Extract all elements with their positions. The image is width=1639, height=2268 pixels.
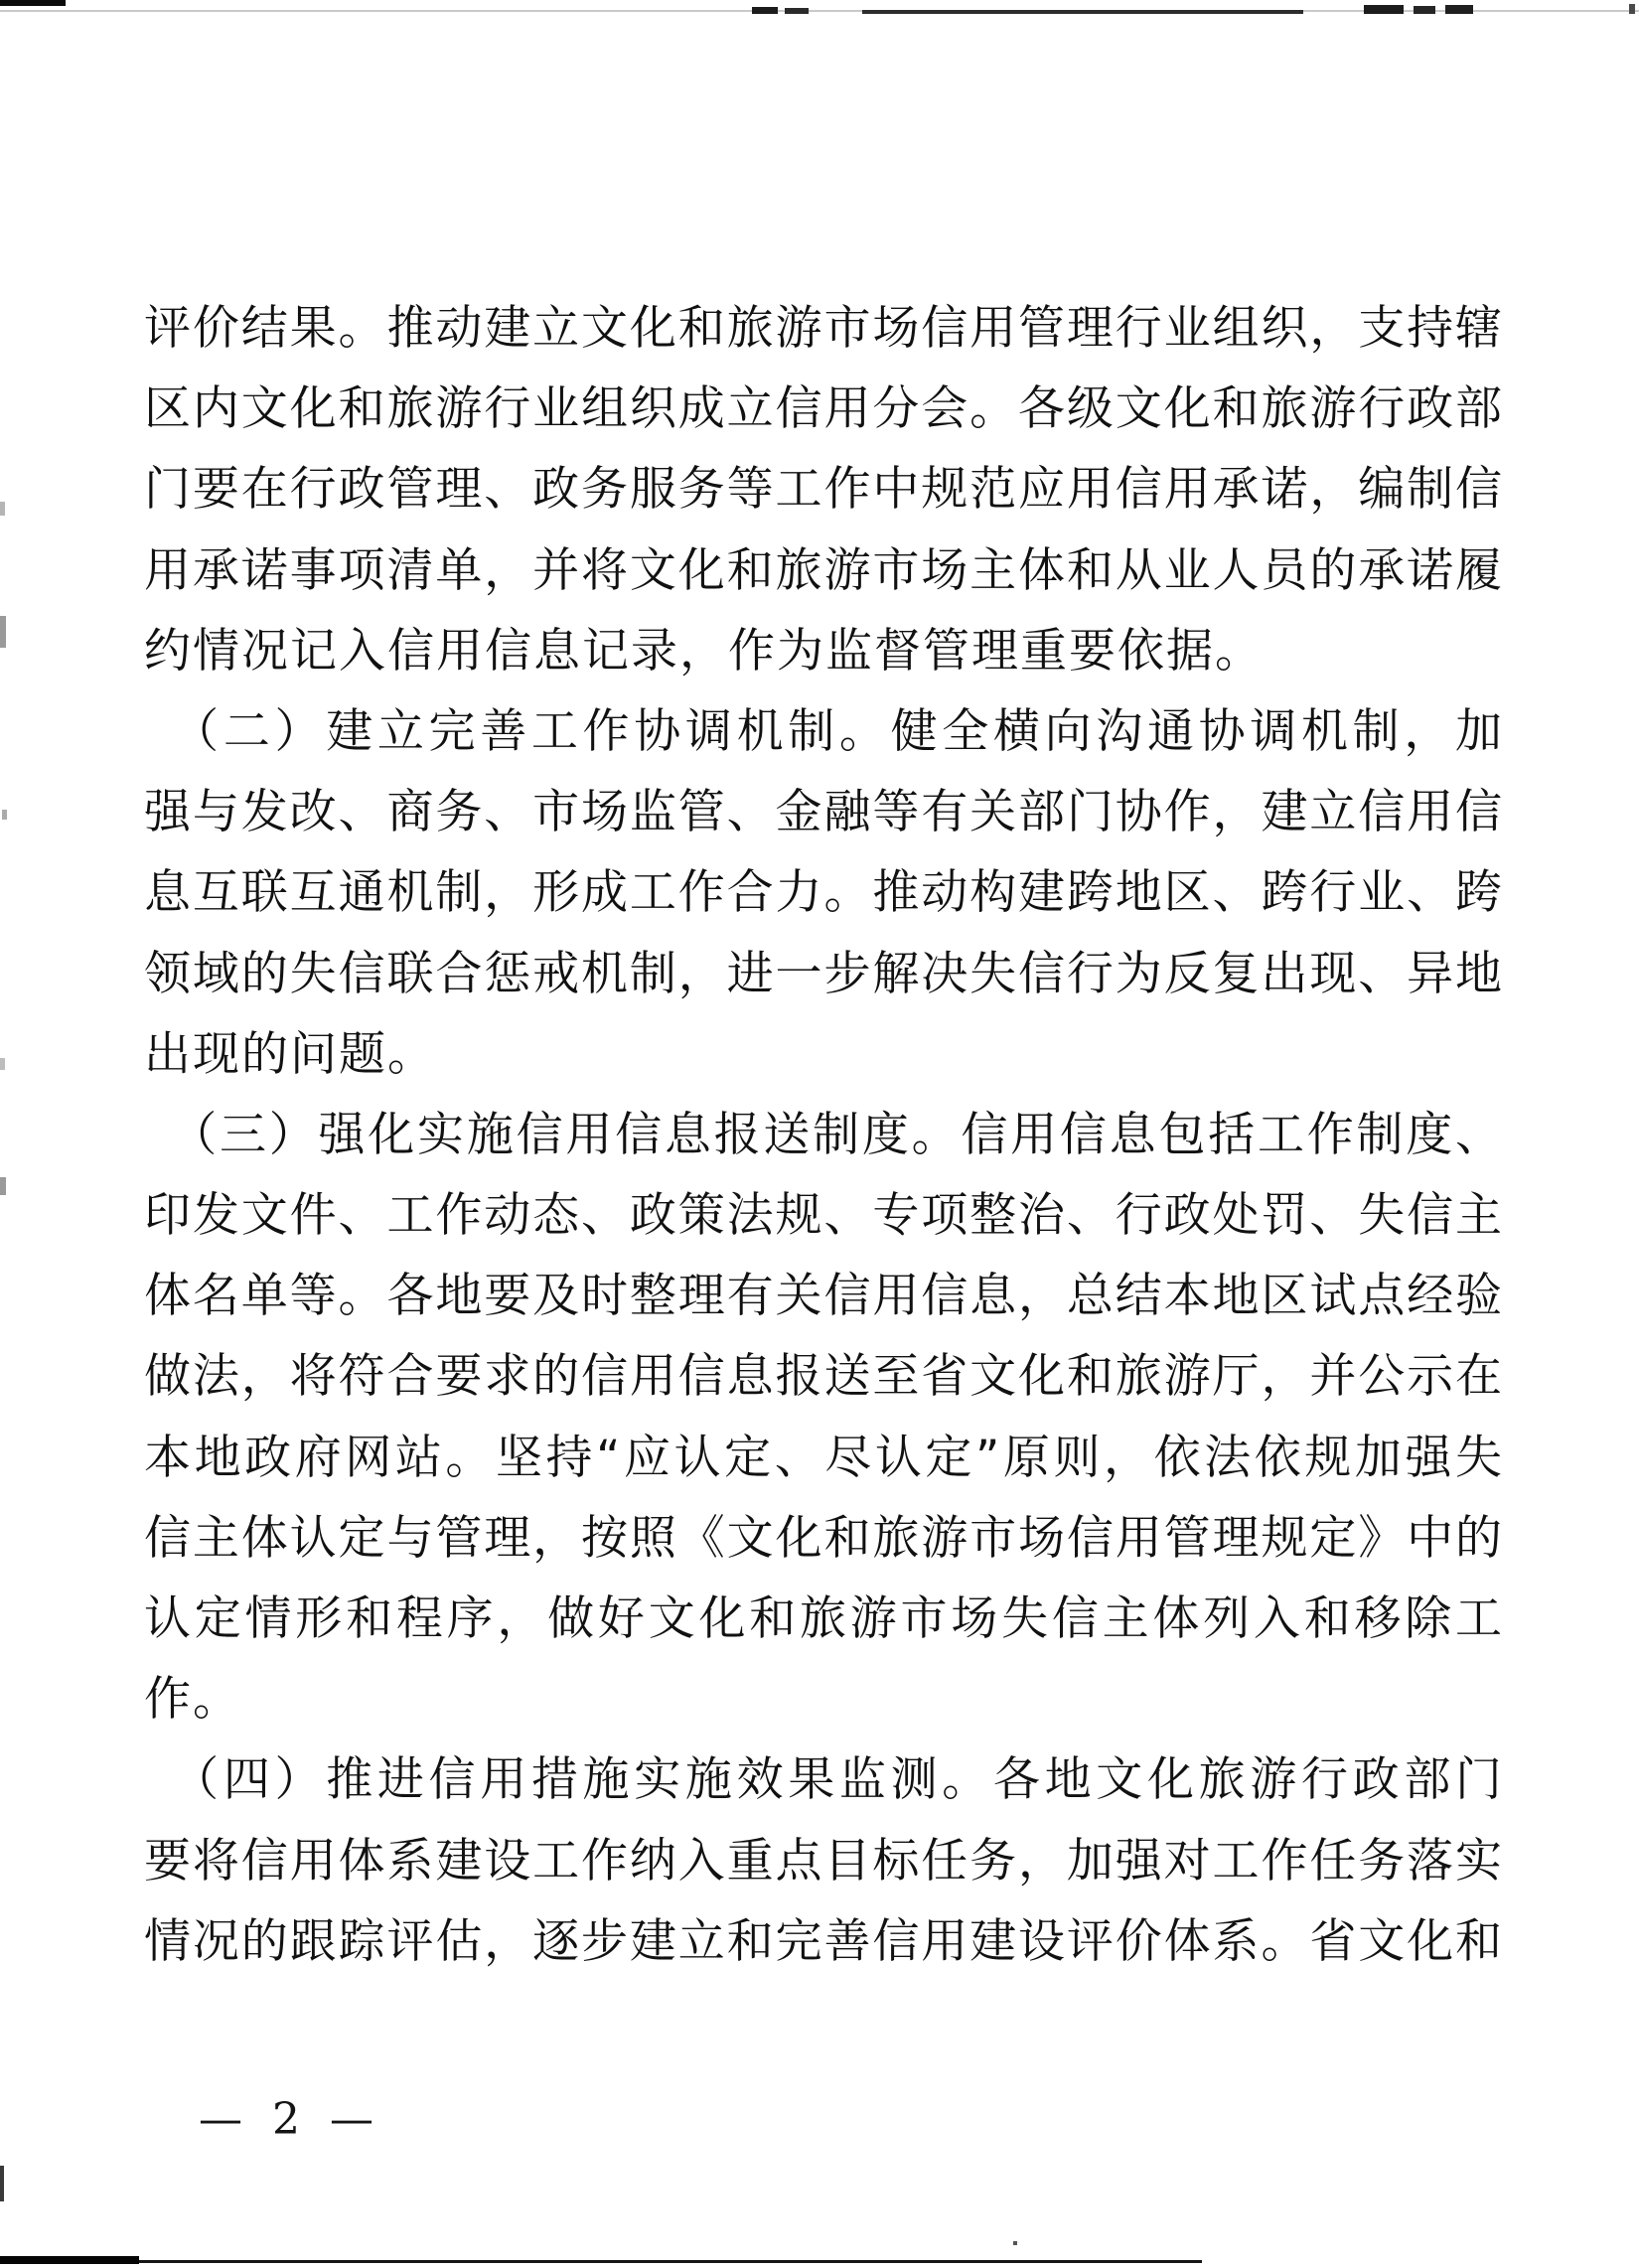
scan-artifact-left-mark [0, 1058, 5, 1070]
text-line-paragraph-start: （三）强化实施信用信息报送制度。信用信息包括工作制度、 [144, 1095, 1502, 1175]
scan-artifact-top-dash [1445, 5, 1473, 14]
scan-artifact-top-segment [862, 10, 1303, 14]
scan-artifact-left-mark [0, 502, 5, 516]
text-line: 用承诺事项清单，并将文化和旅游市场主体和从业人员的承诺履 [144, 530, 1502, 611]
scan-artifact-bottom-tick [0, 2166, 4, 2201]
scan-artifact-bottom-line [0, 2260, 1202, 2263]
text-line: 约情况记入信用信息记录，作为监督管理重要依据。 [144, 611, 1502, 691]
scan-artifact-top-dash [1414, 6, 1435, 14]
scan-artifact-top-dash [1364, 5, 1404, 14]
text-line: 认定情形和程序，做好文化和旅游市场失信主体列入和移除工 [144, 1579, 1502, 1659]
text-line: 要将信用体系建设工作纳入重点目标任务，加强对工作任务落实 [144, 1821, 1502, 1901]
text-line: 做法，将符合要求的信用信息报送至省文化和旅游厅，并公示在 [144, 1336, 1502, 1417]
scan-artifact-top-corner [1629, 4, 1635, 14]
scan-artifact-left-mark [0, 616, 6, 648]
text-line: 强与发改、商务、市场监管、金融等有关部门协作，建立信用信 [144, 772, 1502, 852]
text-line: 评价结果。推动建立文化和旅游市场信用管理行业组织，支持辖 [144, 288, 1502, 369]
scan-artifact-dot [1013, 2241, 1017, 2245]
text-line: 门要在行政管理、政务服务等工作中规范应用信用承诺，编制信 [144, 449, 1502, 529]
text-line: 作。 [144, 1659, 1502, 1739]
text-line: 领域的失信联合惩戒机制，进一步解决失信行为反复出现、异地 [144, 934, 1502, 1014]
page-number: — 2 — [199, 2094, 381, 2145]
text-line: 信主体认定与管理，按照《文化和旅游市场信用管理规定》中的 [144, 1498, 1502, 1579]
text-line: 息互联互通机制，形成工作合力。推动构建跨地区、跨行业、跨 [144, 852, 1502, 933]
text-line-paragraph-start: （四）推进信用措施实施效果监测。各地文化旅游行政部门 [144, 1739, 1502, 1820]
text-line: 本地政府网站。坚持“应认定、尽认定”原则，依法依规加强失 [144, 1418, 1502, 1498]
text-line: 印发文件、工作动态、政策法规、专项整治、行政处罚、失信主 [144, 1175, 1502, 1256]
text-line-paragraph-start: （二）建立完善工作协调机制。健全横向沟通协调机制，加 [144, 691, 1502, 772]
document-text-block: 评价结果。推动建立文化和旅游市场信用管理行业组织，支持辖 区内文化和旅游行业组织… [144, 288, 1502, 1982]
text-line: 出现的问题。 [144, 1014, 1502, 1095]
text-line: 情况的跟踪评估，逐步建立和完善信用建设评价体系。省文化和 [144, 1901, 1502, 1982]
scan-artifact-top-dash [785, 8, 809, 14]
scan-artifact-left-mark [0, 1177, 6, 1195]
text-line: 区内文化和旅游行业组织成立信用分会。各级文化和旅游行政部 [144, 369, 1502, 449]
scan-artifact-top-bar [0, 0, 66, 6]
scan-artifact-bottom-thick [0, 2256, 139, 2264]
scan-artifact-top-dash [752, 7, 778, 14]
scan-artifact-left-mark [2, 810, 7, 820]
document-page: 评价结果。推动建立文化和旅游市场信用管理行业组织，支持辖 区内文化和旅游行业组织… [0, 0, 1639, 2268]
text-line: 体名单等。各地要及时整理有关信用信息，总结本地区试点经验 [144, 1256, 1502, 1336]
